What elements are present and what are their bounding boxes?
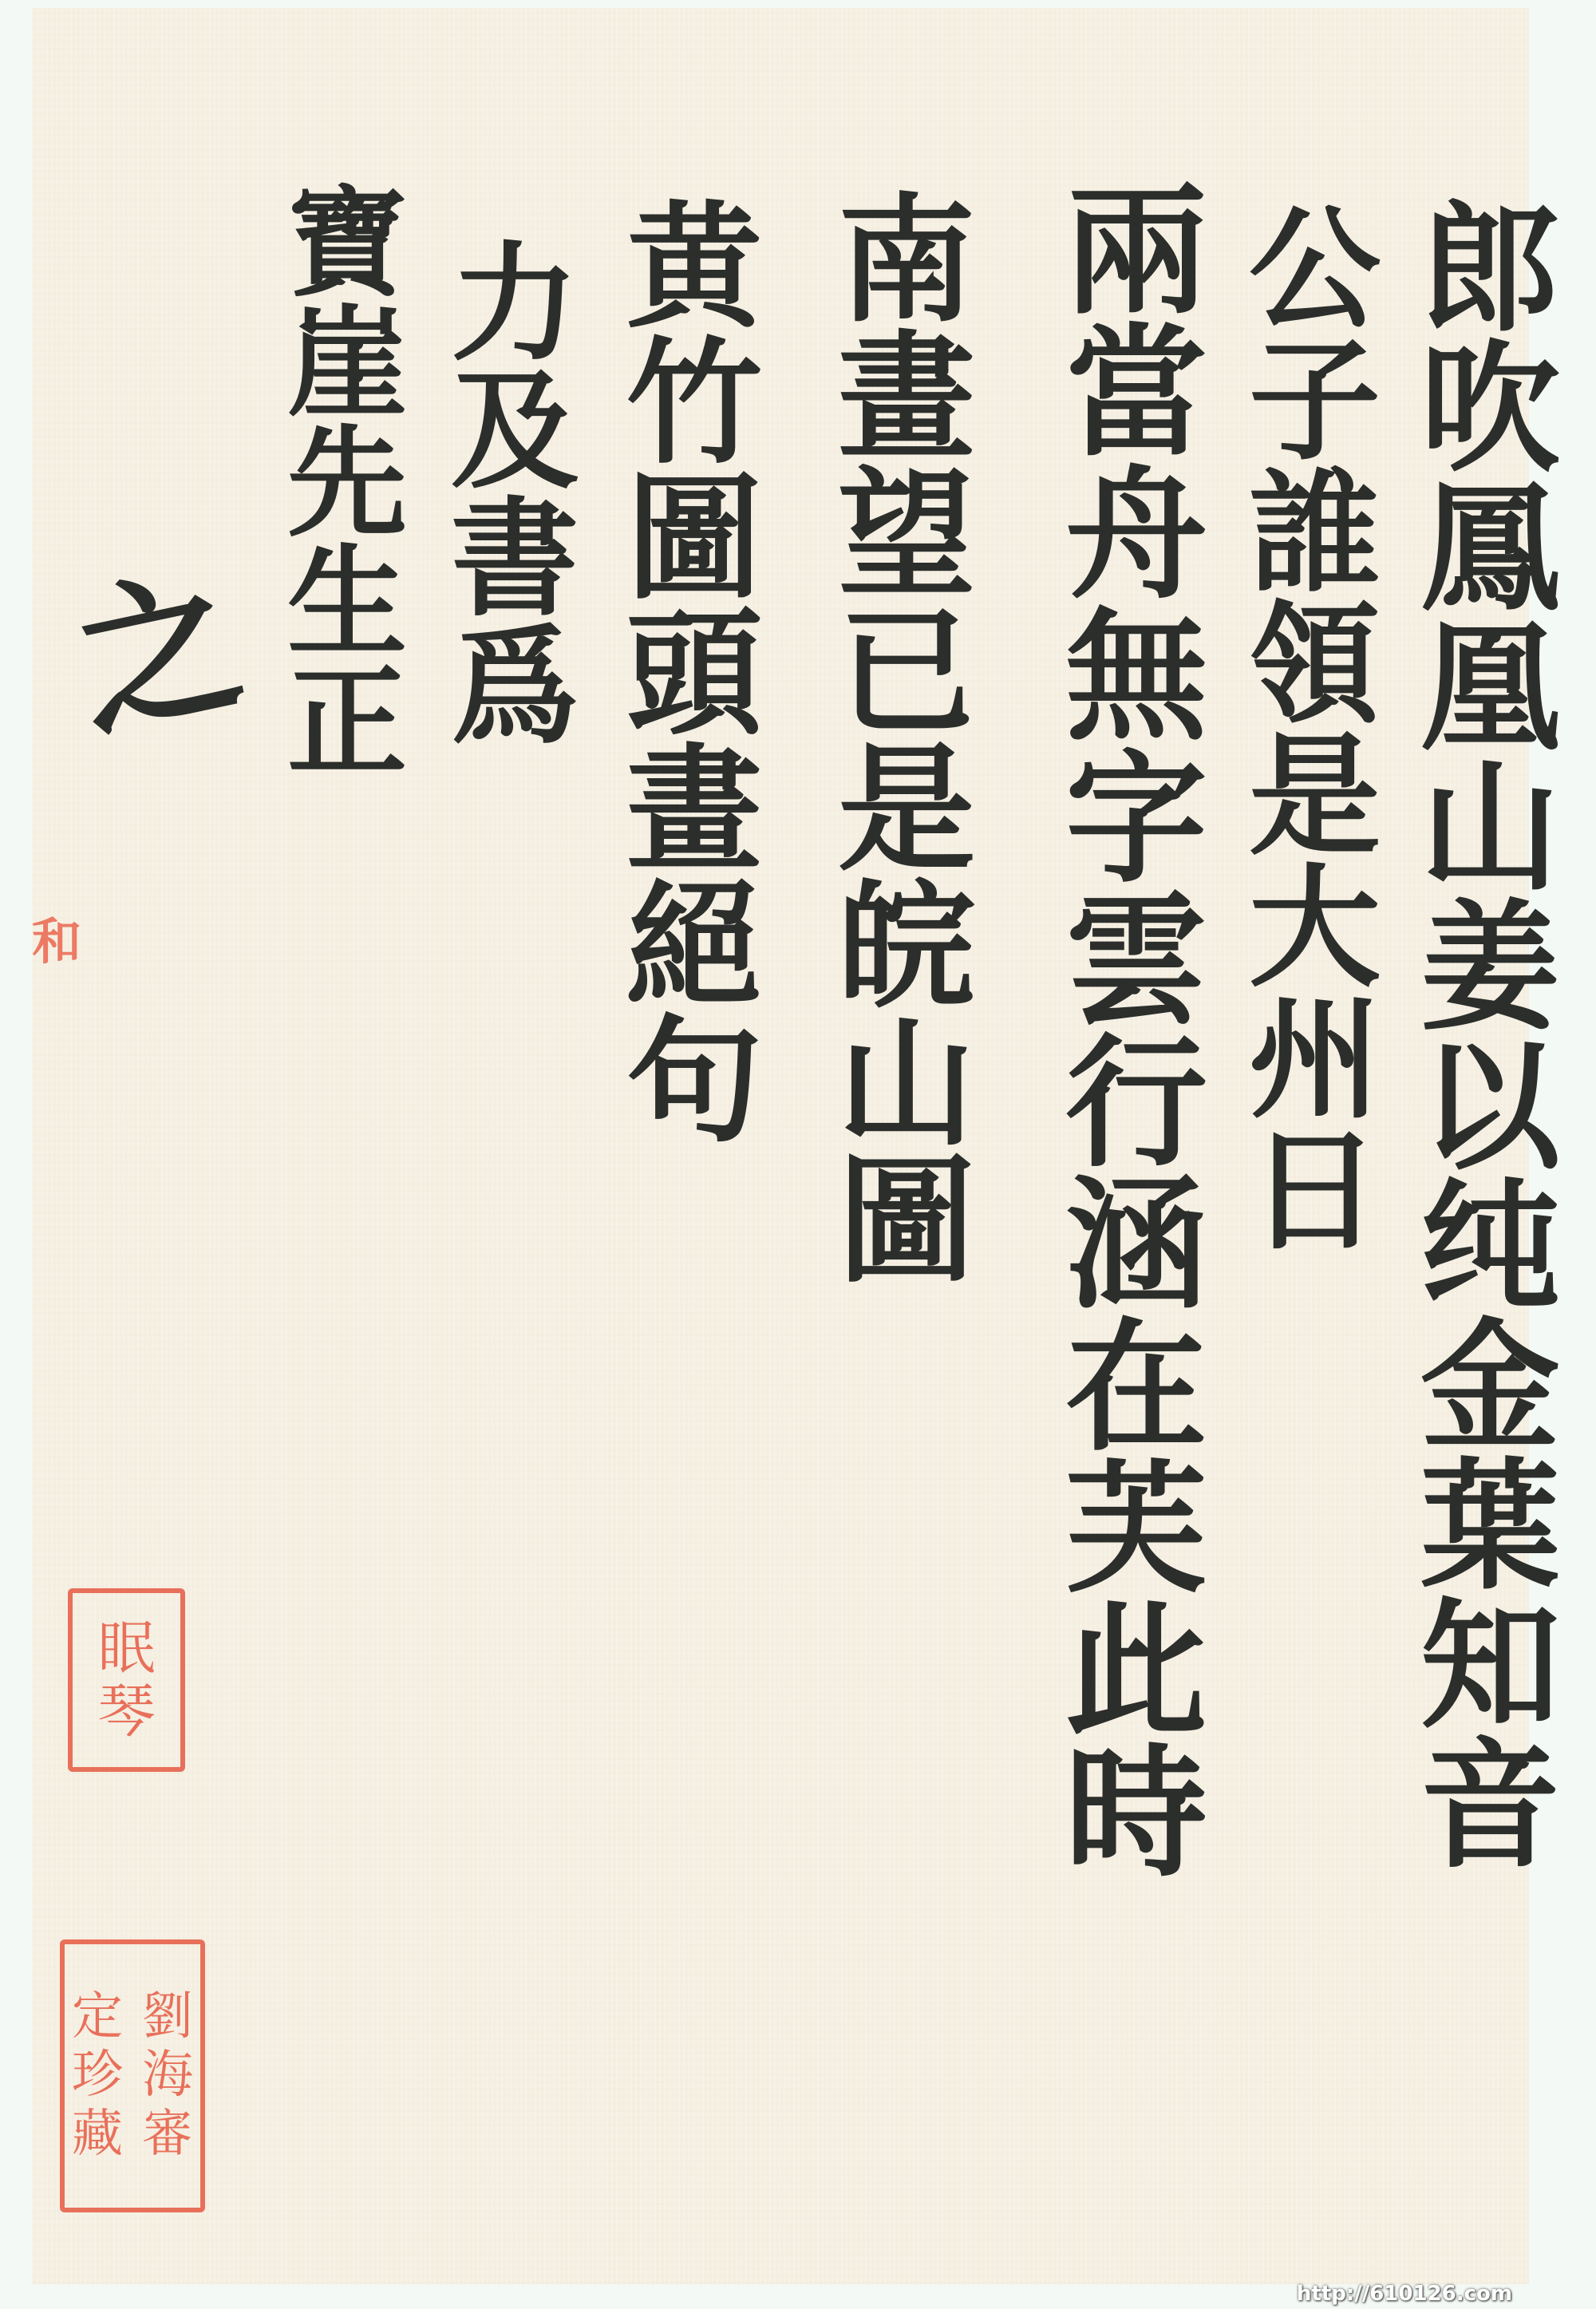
character: 領 bbox=[1249, 599, 1381, 730]
character: 誰 bbox=[1249, 467, 1381, 599]
red-seal-mark: 和 bbox=[32, 902, 78, 973]
character: 力 bbox=[451, 239, 579, 367]
character: 涵 bbox=[1065, 1174, 1207, 1316]
character: 姜 bbox=[1420, 898, 1560, 1038]
character: 知 bbox=[1420, 1596, 1560, 1736]
seal-character: 劉 bbox=[135, 1988, 200, 2047]
character: 山 bbox=[1420, 758, 1560, 898]
text-column-6: 力 及 書 爲 bbox=[451, 239, 579, 750]
seal-character: 眠 bbox=[73, 1617, 180, 1680]
character: 音 bbox=[1420, 1736, 1560, 1876]
seal-character: 審 bbox=[135, 2105, 200, 2165]
character: 已 bbox=[838, 603, 975, 741]
character: 先 bbox=[287, 423, 407, 543]
seal-character: 藏 bbox=[65, 2105, 130, 2165]
character: 公 bbox=[1249, 204, 1381, 335]
character: 絕 bbox=[626, 878, 762, 1014]
character: 以 bbox=[1420, 1038, 1560, 1177]
character: 州 bbox=[1249, 994, 1381, 1125]
seal-character: 定 bbox=[65, 1988, 130, 2047]
character: 鳳 bbox=[1420, 479, 1560, 619]
character: 子 bbox=[1249, 335, 1381, 467]
character: 字 bbox=[1065, 748, 1207, 890]
character: 頭 bbox=[626, 607, 762, 742]
character: 南 bbox=[838, 192, 975, 329]
seal-stamp-2: 定 珍 藏 劉 海 審 bbox=[60, 1939, 205, 2212]
character: 兩 bbox=[1065, 180, 1207, 322]
character: 此 bbox=[1065, 1600, 1207, 1742]
character: 是 bbox=[1249, 730, 1381, 862]
character: 舟 bbox=[1065, 464, 1207, 606]
seal-stamp-1: 眠 琴 bbox=[68, 1588, 185, 1772]
seal-character: 海 bbox=[135, 2046, 200, 2105]
character: 芙 bbox=[1065, 1458, 1207, 1600]
character: 及 bbox=[451, 367, 579, 495]
character: 日 bbox=[1249, 1125, 1381, 1257]
character: 行 bbox=[1065, 1032, 1207, 1174]
character: 雲 bbox=[1065, 890, 1207, 1032]
seal-character: 琴 bbox=[73, 1680, 180, 1743]
character: 正 bbox=[287, 662, 407, 782]
character: 當 bbox=[1065, 322, 1207, 464]
character: 圖 bbox=[838, 1153, 975, 1290]
character: 時 bbox=[1065, 1742, 1207, 1884]
character: 書 bbox=[451, 495, 579, 623]
character: 大 bbox=[1249, 862, 1381, 994]
character: 郎 bbox=[1420, 200, 1560, 339]
character: 竹 bbox=[626, 335, 762, 471]
text-column-2: 公 子 誰 領 是 大 州 日 bbox=[1249, 204, 1381, 1257]
character: 句 bbox=[626, 1014, 762, 1149]
character: 畫 bbox=[626, 742, 762, 878]
text-column-7: 寶 崖 先 生 正 bbox=[287, 184, 407, 782]
character: 金 bbox=[1420, 1317, 1560, 1457]
character: 爲 bbox=[451, 623, 579, 750]
character: 凰 bbox=[1420, 619, 1560, 758]
text-column-1: 郎 吹 鳳 凰 山 姜 以 纯 金 葉 知 音 bbox=[1420, 200, 1560, 1876]
character: 纯 bbox=[1420, 1177, 1560, 1317]
character: 生 bbox=[287, 543, 407, 662]
character: 黄 bbox=[626, 200, 762, 335]
watermark-url: http://610126.com bbox=[1297, 2282, 1512, 2306]
character: 吹 bbox=[1420, 339, 1560, 479]
character: 寶 bbox=[287, 184, 407, 303]
text-column-4: 南 畫 望 已 是 皖 山 圖 bbox=[838, 192, 975, 1290]
character: 是 bbox=[838, 741, 975, 878]
text-column-3: 兩 當 舟 無 字 雲 行 涵 在 芙 此 時 bbox=[1065, 180, 1207, 1884]
character: 望 bbox=[838, 466, 975, 603]
character: 山 bbox=[838, 1015, 975, 1153]
seal-character: 珍 bbox=[65, 2046, 130, 2105]
character: 在 bbox=[1065, 1316, 1207, 1458]
character: 葉 bbox=[1420, 1457, 1560, 1596]
character: 無 bbox=[1065, 606, 1207, 748]
character: 圖 bbox=[626, 471, 762, 607]
text-column-5: 黄 竹 圖 頭 畫 絕 句 bbox=[626, 200, 762, 1149]
character: 皖 bbox=[838, 878, 975, 1015]
character: 崖 bbox=[287, 303, 407, 423]
character: 畫 bbox=[838, 329, 975, 466]
